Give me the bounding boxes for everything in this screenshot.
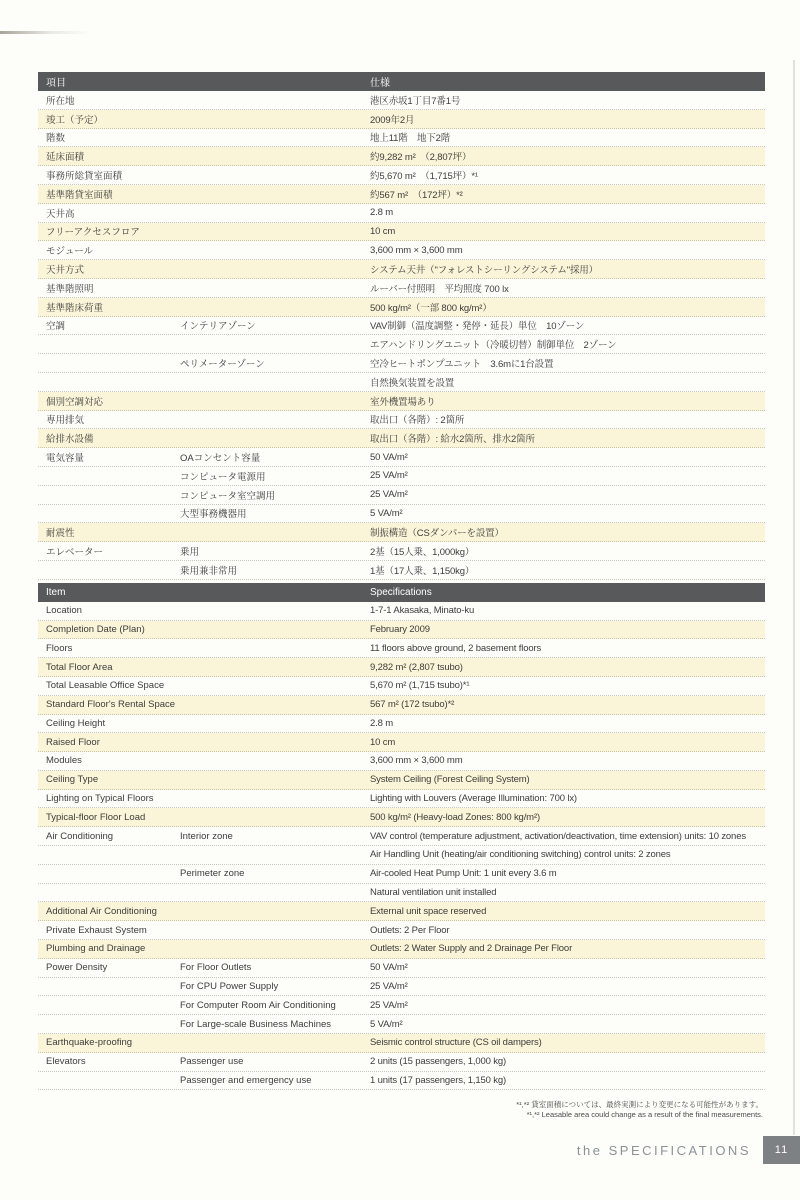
table-row-line: 乗用兼非常用1基（17人乗、1,150kg） xyxy=(38,561,765,580)
table-row-line: 給排水設備取出口（各階）: 給水2箇所、排水2箇所 xyxy=(38,429,765,448)
item-cell: 電気容量 xyxy=(38,450,180,464)
header-item-label: 項目 xyxy=(38,74,370,89)
table-row-line: 基準階床荷重500 kg/m²（一部 800 kg/m²） xyxy=(38,298,765,317)
table-row-line: For Computer Room Air Conditioning25 VA/… xyxy=(38,996,765,1015)
value-cell: 約9,282 m² （2,807坪） xyxy=(370,149,765,163)
table-row-line: 自然換気装置を設置 xyxy=(38,373,765,392)
value-cell: Outlets: 2 Water Supply and 2 Drainage P… xyxy=(370,943,765,954)
sub-item-cell: ペリメーターゾーン xyxy=(180,356,370,370)
table-row-line: Passenger and emergency use1 units (17 p… xyxy=(38,1072,765,1091)
value-cell: エアハンドリングユニット（冷暖切替）制御単位 2ゾーン xyxy=(370,337,765,351)
table-row-line: 大型事務機器用5 VA/m² xyxy=(38,505,765,524)
table-row-line: 事務所総貸室面積約5,670 m² （1,715坪）*¹ xyxy=(38,166,765,185)
sub-item-cell: For Computer Room Air Conditioning xyxy=(180,1000,370,1011)
table-row-line: Air ConditioningInterior zoneVAV control… xyxy=(38,827,765,846)
value-cell: February 2009 xyxy=(370,624,765,635)
table-row-line: ElevatorsPassenger use2 units (15 passen… xyxy=(38,1053,765,1072)
item-cell: 延床面積 xyxy=(38,149,180,163)
brochure-page: 項目 仕様 所在地港区赤坂1丁目7番1号竣工（予定）2009年2月階数地上11階… xyxy=(0,0,800,1200)
value-cell: 9,282 m² (2,807 tsubo) xyxy=(370,662,765,673)
table-row-line: 個別空調対応室外機置場あり xyxy=(38,392,765,411)
item-cell: 基準階照明 xyxy=(38,281,180,295)
table-row-line: For CPU Power Supply25 VA/m² xyxy=(38,978,765,997)
table-row-line: エレベーター乗用2基（15人乗、1,000kg） xyxy=(38,542,765,561)
specifications-table-japanese: 項目 仕様 所在地港区赤坂1丁目7番1号竣工（予定）2009年2月階数地上11階… xyxy=(38,72,765,580)
value-cell: 1 units (17 passengers, 1,150 kg) xyxy=(370,1075,765,1086)
value-cell: 地上11階 地下2階 xyxy=(370,130,765,144)
value-cell: System Ceiling (Forest Ceiling System) xyxy=(370,774,765,785)
table-row-line: Earthquake-proofingSeismic control struc… xyxy=(38,1034,765,1053)
value-cell: VAV control (temperature adjustment, act… xyxy=(370,831,765,842)
item-cell: Air Conditioning xyxy=(38,831,180,842)
item-cell: Completion Date (Plan) xyxy=(38,624,180,635)
sub-item-cell: For CPU Power Supply xyxy=(180,981,370,992)
table-row-line: 天井高2.8 m xyxy=(38,204,765,223)
item-cell: フリーアクセスフロア xyxy=(38,224,180,238)
value-cell: 取出口（各階）: 2箇所 xyxy=(370,412,765,426)
value-cell: 約5,670 m² （1,715坪）*¹ xyxy=(370,168,765,182)
sub-item-cell: Passenger and emergency use xyxy=(180,1075,370,1086)
item-cell: Location xyxy=(38,605,180,616)
table-row-line: 基準階照明ルーバー付照明 平均照度 700 lx xyxy=(38,279,765,298)
item-cell: モジュール xyxy=(38,243,180,257)
item-cell: 専用排気 xyxy=(38,412,180,426)
table-row-line: 空調インテリアゾーンVAV制御（温度調整・発停・延長）単位 10ゾーン xyxy=(38,317,765,336)
sub-item-cell: Interior zone xyxy=(180,831,370,842)
table-row-line: 竣工（予定）2009年2月 xyxy=(38,110,765,129)
item-cell: Typical-floor Floor Load xyxy=(38,812,180,823)
value-cell: 取出口（各階）: 給水2箇所、排水2箇所 xyxy=(370,431,765,445)
value-cell: 2.8 m xyxy=(370,207,765,218)
item-cell: Ceiling Type xyxy=(38,774,180,785)
sub-item-cell: インテリアゾーン xyxy=(180,318,370,332)
table-row-line: Total Leasable Office Space5,670 m² (1,7… xyxy=(38,677,765,696)
table-row-line: Floors11 floors above ground, 2 basement… xyxy=(38,639,765,658)
table-row-line: Typical-floor Floor Load500 kg/m² (Heavy… xyxy=(38,808,765,827)
item-cell: Floors xyxy=(38,643,180,654)
scan-smudge-artifact xyxy=(0,31,92,34)
table-row-line: 天井方式システム天井（"フォレストシーリングシステム"採用） xyxy=(38,260,765,279)
header-spec-label: Specifications xyxy=(370,587,765,598)
table-row-line: 階数地上11階 地下2階 xyxy=(38,129,765,148)
sub-item-cell: OAコンセント容量 xyxy=(180,450,370,464)
item-cell: 空調 xyxy=(38,318,180,332)
table-row-line: 耐震性制振構造（CSダンパーを設置） xyxy=(38,523,765,542)
table-header-english: Item Specifications xyxy=(38,583,765,602)
item-cell: 事務所総貸室面積 xyxy=(38,168,180,182)
item-cell: 階数 xyxy=(38,130,180,144)
value-cell: 港区赤坂1丁目7番1号 xyxy=(370,93,765,107)
specifications-tables: 項目 仕様 所在地港区赤坂1丁目7番1号竣工（予定）2009年2月階数地上11階… xyxy=(38,72,765,1090)
value-cell: 自然換気装置を設置 xyxy=(370,375,765,389)
sub-item-cell: Perimeter zone xyxy=(180,868,370,879)
item-cell: 天井方式 xyxy=(38,262,180,276)
header-item-label: Item xyxy=(38,587,370,598)
table-row-line: 専用排気取出口（各階）: 2箇所 xyxy=(38,411,765,430)
value-cell: VAV制御（温度調整・発停・延長）単位 10ゾーン xyxy=(370,318,765,332)
table-row-line: Ceiling Height2.8 m xyxy=(38,715,765,734)
table-row-line: ペリメーターゾーン空冷ヒートポンプユニット 3.6mに1台設置 xyxy=(38,354,765,373)
value-cell: External unit space reserved xyxy=(370,906,765,917)
table-row-line: Total Floor Area9,282 m² (2,807 tsubo) xyxy=(38,658,765,677)
table-row-line: Power DensityFor Floor Outlets50 VA/m² xyxy=(38,959,765,978)
value-cell: 3,600 mm × 3,600 mm xyxy=(370,245,765,256)
table-row-line: Location1-7-1 Akasaka, Minato-ku xyxy=(38,602,765,621)
value-cell: Air Handling Unit (heating/air condition… xyxy=(370,849,765,860)
item-cell: 個別空調対応 xyxy=(38,394,180,408)
page-edge-line xyxy=(793,60,795,1135)
sub-item-cell: 大型事務機器用 xyxy=(180,506,370,520)
table-row-line: Private Exhaust SystemOutlets: 2 Per Flo… xyxy=(38,921,765,940)
table-row-line: Raised Floor10 cm xyxy=(38,733,765,752)
value-cell: Lighting with Louvers (Average Illuminat… xyxy=(370,793,765,804)
specifications-table-english: Item Specifications Location1-7-1 Akasak… xyxy=(38,583,765,1091)
value-cell: 567 m² (172 tsubo)*² xyxy=(370,699,765,710)
table-row-line: Completion Date (Plan)February 2009 xyxy=(38,621,765,640)
value-cell: 空冷ヒートポンプユニット 3.6mに1台設置 xyxy=(370,356,765,370)
page-number-badge: 11 xyxy=(763,1136,800,1164)
value-cell: 500 kg/m²（一部 800 kg/m²） xyxy=(370,300,765,314)
table-row-line: Air Handling Unit (heating/air condition… xyxy=(38,846,765,865)
value-cell: 25 VA/m² xyxy=(370,1000,765,1011)
footnote-english: *¹,*² Leasable area could change as a re… xyxy=(516,1110,763,1120)
value-cell: 2009年2月 xyxy=(370,112,765,126)
footer-title: the SPECIFICATIONS xyxy=(577,1143,751,1158)
table-row-line: Lighting on Typical FloorsLighting with … xyxy=(38,790,765,809)
value-cell: 室外機置場あり xyxy=(370,394,765,408)
sub-item-cell: For Large-scale Business Machines xyxy=(180,1019,370,1030)
item-cell: Power Density xyxy=(38,962,180,973)
value-cell: 約567 m² （172坪）*² xyxy=(370,187,765,201)
value-cell: 25 VA/m² xyxy=(370,470,765,481)
item-cell: 竣工（予定） xyxy=(38,112,180,126)
table-row-line: Additional Air ConditioningExternal unit… xyxy=(38,902,765,921)
sub-item-cell: Passenger use xyxy=(180,1056,370,1067)
value-cell: Outlets: 2 Per Floor xyxy=(370,925,765,936)
item-cell: Lighting on Typical Floors xyxy=(38,793,180,804)
table-row-line: Ceiling TypeSystem Ceiling (Forest Ceili… xyxy=(38,771,765,790)
table-body-english: Location1-7-1 Akasaka, Minato-kuCompleti… xyxy=(38,602,765,1091)
page-footer: the SPECIFICATIONS 11 xyxy=(577,1136,800,1164)
item-cell: Ceiling Height xyxy=(38,718,180,729)
table-row-line: Perimeter zoneAir-cooled Heat Pump Unit:… xyxy=(38,865,765,884)
item-cell: Standard Floor's Rental Space xyxy=(38,699,180,710)
item-cell: 耐震性 xyxy=(38,525,180,539)
sub-item-cell: 乗用兼非常用 xyxy=(180,563,370,577)
item-cell: 基準階貸室面積 xyxy=(38,187,180,201)
item-cell: 基準階床荷重 xyxy=(38,300,180,314)
value-cell: 5 VA/m² xyxy=(370,508,765,519)
table-row-line: 電気容量OAコンセント容量50 VA/m² xyxy=(38,448,765,467)
value-cell: 25 VA/m² xyxy=(370,489,765,500)
value-cell: 50 VA/m² xyxy=(370,962,765,973)
item-cell: Modules xyxy=(38,755,180,766)
value-cell: 10 cm xyxy=(370,226,765,237)
value-cell: 2基（15人乗、1,000kg） xyxy=(370,544,765,558)
header-spec-label: 仕様 xyxy=(370,74,765,89)
table-row-line: モジュール3,600 mm × 3,600 mm xyxy=(38,241,765,260)
item-cell: Total Leasable Office Space xyxy=(38,680,180,691)
sub-item-cell: For Floor Outlets xyxy=(180,962,370,973)
table-row-line: For Large-scale Business Machines5 VA/m² xyxy=(38,1015,765,1034)
footnotes: *¹,*² 貸室面積については、最終実測により変更になる可能性があります。 *¹… xyxy=(516,1100,763,1120)
value-cell: 10 cm xyxy=(370,737,765,748)
value-cell: 2 units (15 passengers, 1,000 kg) xyxy=(370,1056,765,1067)
value-cell: 25 VA/m² xyxy=(370,981,765,992)
value-cell: 1-7-1 Akasaka, Minato-ku xyxy=(370,605,765,616)
value-cell: 制振構造（CSダンパーを設置） xyxy=(370,525,765,539)
table-row-line: Plumbing and DrainageOutlets: 2 Water Su… xyxy=(38,940,765,959)
table-row-line: コンピュータ室空調用25 VA/m² xyxy=(38,486,765,505)
table-body-japanese: 所在地港区赤坂1丁目7番1号竣工（予定）2009年2月階数地上11階 地下2階延… xyxy=(38,91,765,580)
item-cell: Elevators xyxy=(38,1056,180,1067)
table-row-line: 延床面積約9,282 m² （2,807坪） xyxy=(38,147,765,166)
value-cell: Natural ventilation unit installed xyxy=(370,887,765,898)
value-cell: 5,670 m² (1,715 tsubo)*¹ xyxy=(370,680,765,691)
item-cell: Private Exhaust System xyxy=(38,925,180,936)
item-cell: Additional Air Conditioning xyxy=(38,906,180,917)
table-row-line: コンピュータ電源用25 VA/m² xyxy=(38,467,765,486)
item-cell: Plumbing and Drainage xyxy=(38,943,180,954)
value-cell: 5 VA/m² xyxy=(370,1019,765,1030)
value-cell: 500 kg/m² (Heavy-load Zones: 800 kg/m²) xyxy=(370,812,765,823)
table-row-line: エアハンドリングユニット（冷暖切替）制御単位 2ゾーン xyxy=(38,335,765,354)
sub-item-cell: コンピュータ電源用 xyxy=(180,469,370,483)
value-cell: 2.8 m xyxy=(370,718,765,729)
table-row-line: フリーアクセスフロア10 cm xyxy=(38,223,765,242)
item-cell: 天井高 xyxy=(38,206,180,220)
value-cell: ルーバー付照明 平均照度 700 lx xyxy=(370,281,765,295)
value-cell: Air-cooled Heat Pump Unit: 1 unit every … xyxy=(370,868,765,879)
item-cell: Raised Floor xyxy=(38,737,180,748)
sub-item-cell: コンピュータ室空調用 xyxy=(180,488,370,502)
table-row-line: 基準階貸室面積約567 m² （172坪）*² xyxy=(38,185,765,204)
table-row-line: 所在地港区赤坂1丁目7番1号 xyxy=(38,91,765,110)
table-header-japanese: 項目 仕様 xyxy=(38,72,765,91)
value-cell: システム天井（"フォレストシーリングシステム"採用） xyxy=(370,262,765,276)
value-cell: 1基（17人乗、1,150kg） xyxy=(370,563,765,577)
item-cell: エレベーター xyxy=(38,544,180,558)
item-cell: Earthquake-proofing xyxy=(38,1037,180,1048)
value-cell: 50 VA/m² xyxy=(370,452,765,463)
footnote-japanese: *¹,*² 貸室面積については、最終実測により変更になる可能性があります。 xyxy=(516,1100,763,1110)
item-cell: 所在地 xyxy=(38,93,180,107)
value-cell: 11 floors above ground, 2 basement floor… xyxy=(370,643,765,654)
sub-item-cell: 乗用 xyxy=(180,544,370,558)
item-cell: Total Floor Area xyxy=(38,662,180,673)
table-row-line: Natural ventilation unit installed xyxy=(38,884,765,903)
table-row-line: Standard Floor's Rental Space567 m² (172… xyxy=(38,696,765,715)
item-cell: 給排水設備 xyxy=(38,431,180,445)
value-cell: 3,600 mm × 3,600 mm xyxy=(370,755,765,766)
value-cell: Seismic control structure (CS oil damper… xyxy=(370,1037,765,1048)
table-row-line: Modules3,600 mm × 3,600 mm xyxy=(38,752,765,771)
